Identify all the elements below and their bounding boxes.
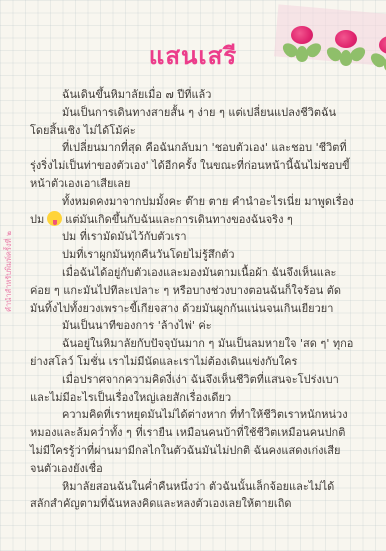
paragraph: เมื่อฉันได้อยู่กับตัวเองและมองมันตามเนื้… bbox=[30, 264, 354, 317]
paragraph-text: แต่มันเกิดขึ้นกับฉันและการเดินทางของฉันจ… bbox=[65, 213, 293, 226]
paragraph: ทั้งหมดคงมาจากปมมั้งคะ ต๊าย ตาย คำนำอะไร… bbox=[30, 193, 354, 229]
paragraph: หิมาลัยสอนฉันในค่ำคืนหนึ่งว่า ตัวฉันนั้น… bbox=[30, 478, 354, 514]
paragraph: ปมที่เราผูกมันทุกคืนวันโดยไม่รู้สึกตัว bbox=[30, 246, 354, 264]
paragraph: เมื่อปราศจากความคิดงี่เง่า ฉันจึงเห็นชีว… bbox=[30, 371, 354, 407]
tongue-out-emoji-icon bbox=[47, 211, 62, 226]
paragraph: ฉันอยู่ในหิมาลัยกับปัจจุบันมาก ๆ มันเป็น… bbox=[30, 335, 354, 371]
paragraph: มันเป็นการเดินทางสายสั้น ๆ ง่าย ๆ แต่เปล… bbox=[30, 104, 354, 140]
paragraph: ฉันเดินขึ้นหิมาลัยเมื่อ ๗ ปีที่แล้ว bbox=[30, 86, 354, 104]
side-chapter-label: คำนำสำหรับพิมพ์ครั้งที่ ๒ bbox=[3, 231, 15, 312]
body-text: ฉันเดินขึ้นหิมาลัยเมื่อ ๗ ปีที่แล้ว มันเ… bbox=[30, 86, 354, 513]
paragraph: ที่เปลี่ยนมากที่สุด คือฉันกลับมา 'ชอบตัว… bbox=[30, 139, 354, 192]
paragraph: มันเป็นนาทีของการ 'ล้างไพ่' ค่ะ bbox=[30, 317, 354, 335]
paragraph: ความคิดที่เราหยุดมันไม่ได้ต่างหาก ที่ทำใ… bbox=[30, 406, 354, 477]
paragraph: ปม ที่เรามัดมันไว้กับตัวเรา bbox=[30, 228, 354, 246]
page-title: แสนเสรี bbox=[0, 36, 386, 75]
